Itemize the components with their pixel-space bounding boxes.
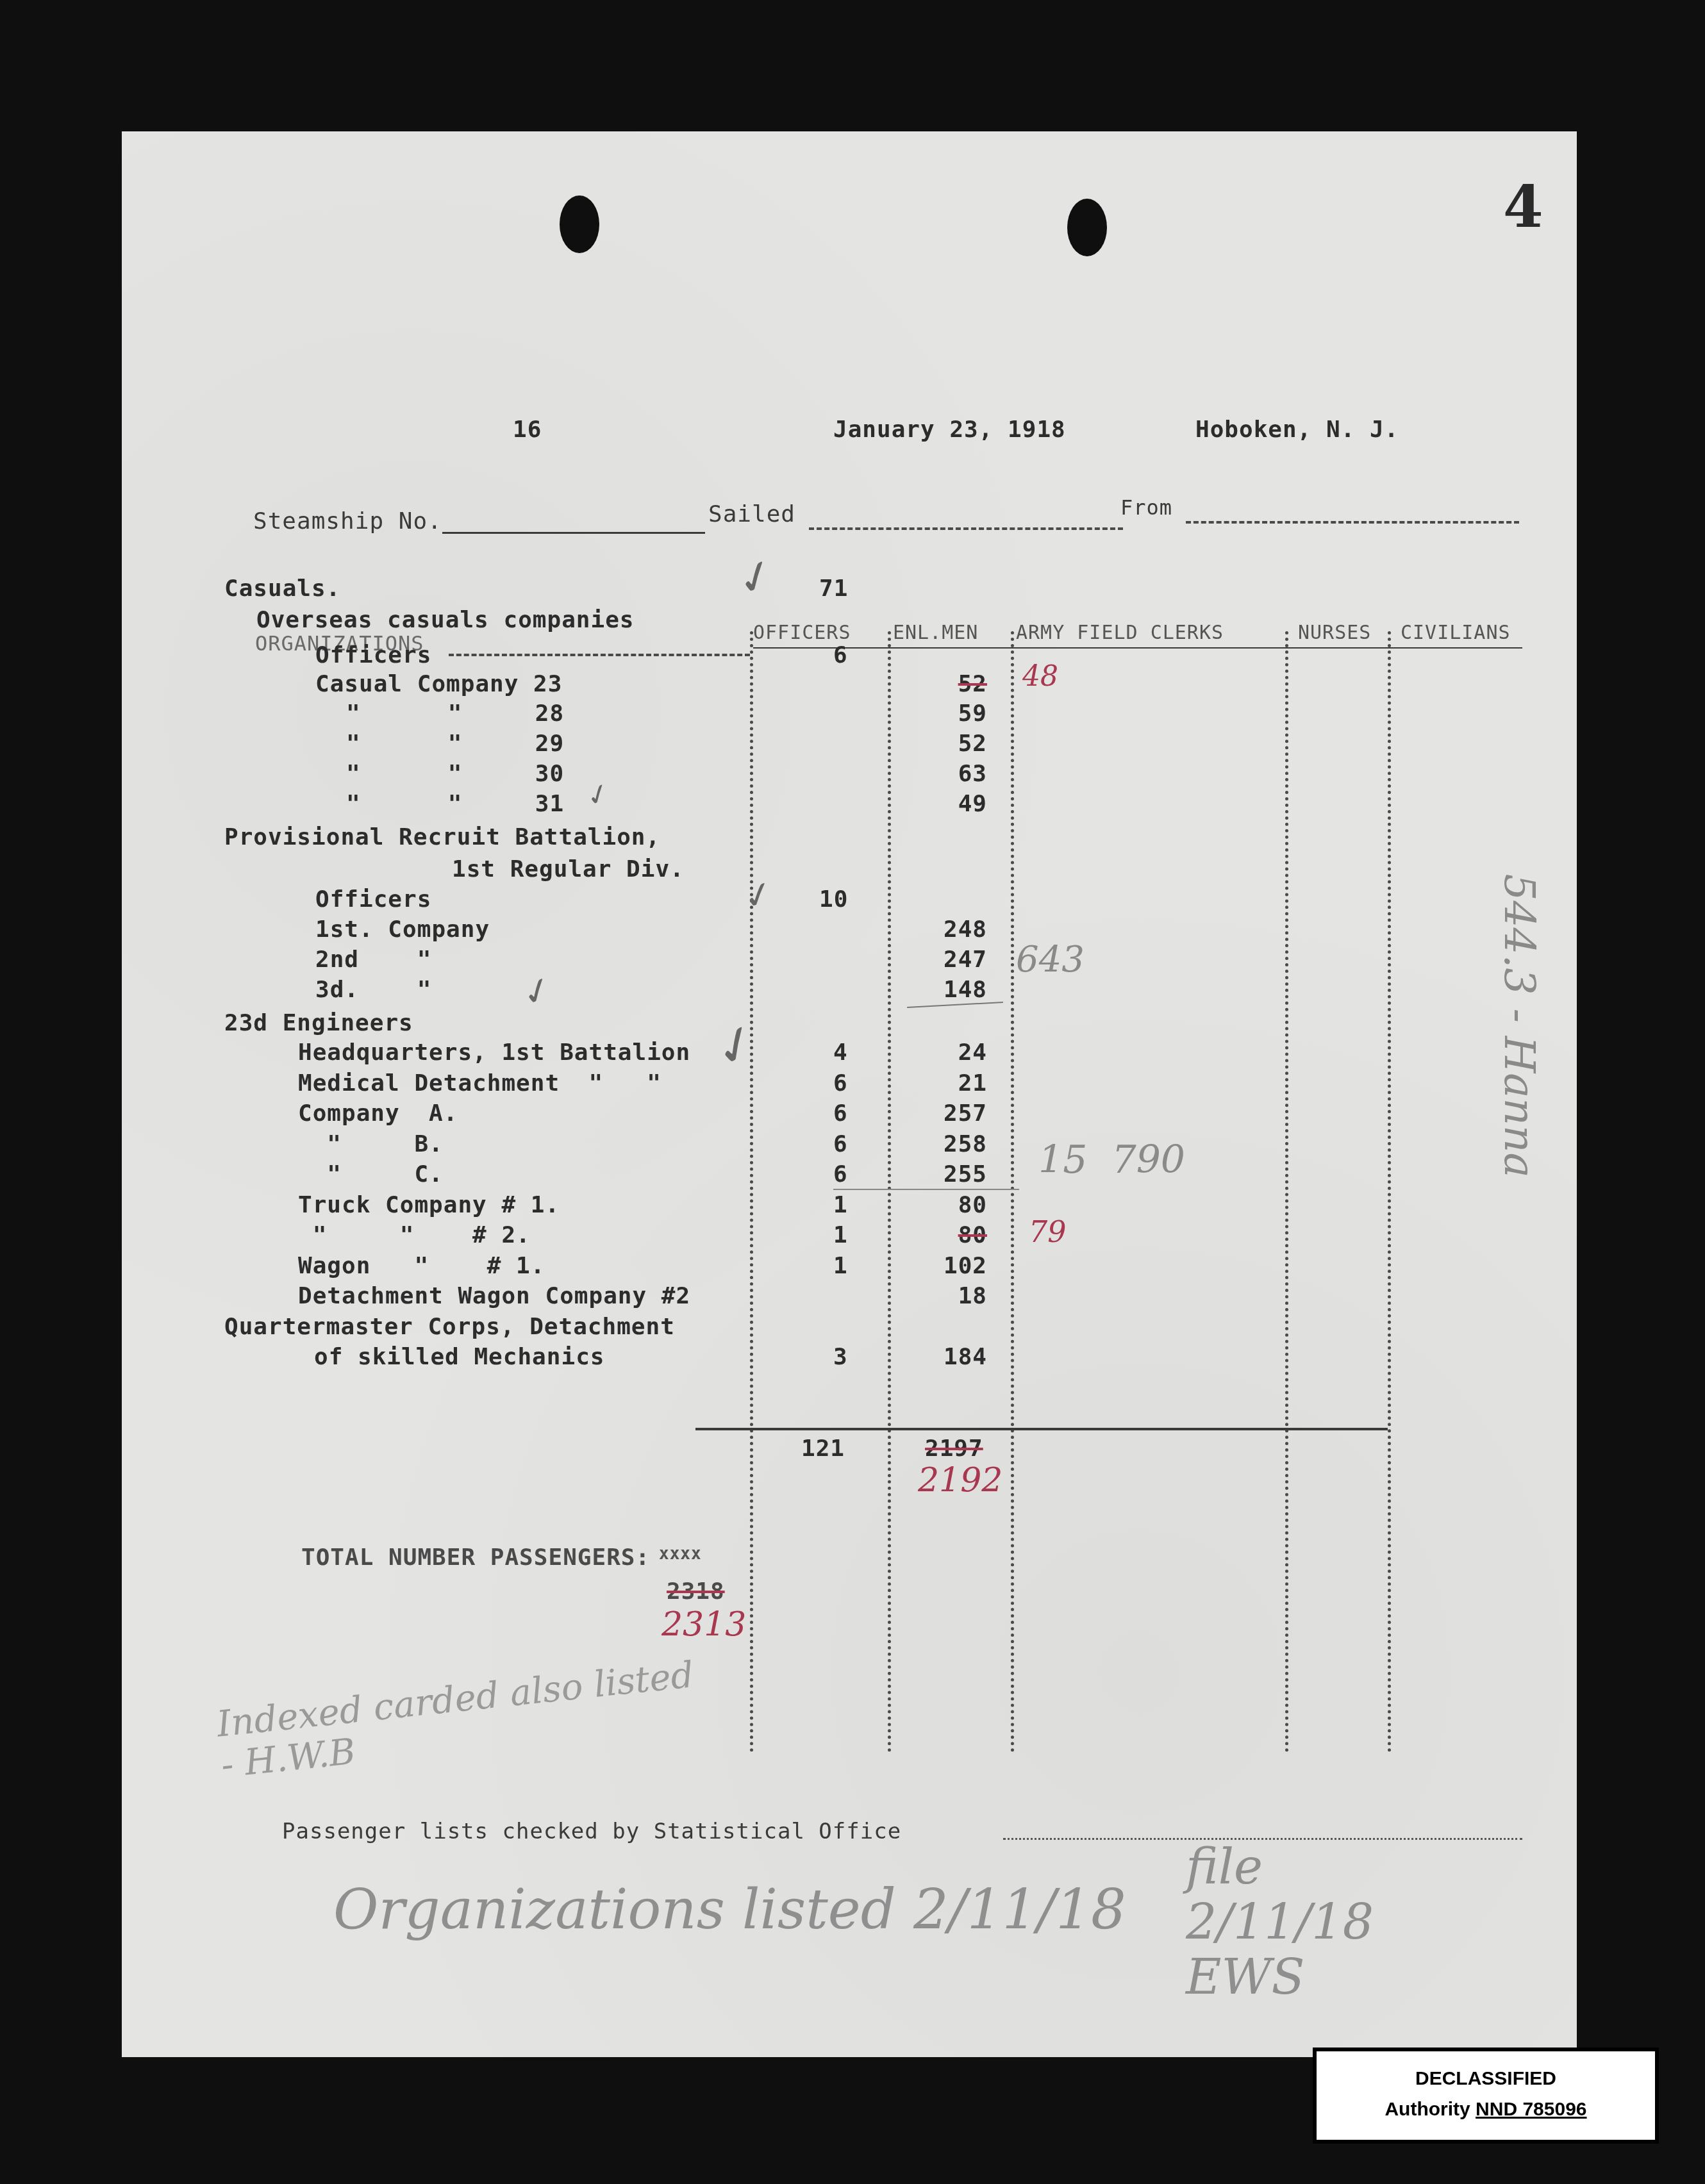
column-separator (1388, 631, 1391, 1753)
col-army-field-clerks: ARMY FIELD CLERKS (1016, 622, 1224, 644)
struck-x-marks: xxxx (659, 1544, 702, 1564)
enl-men-value: 63 (923, 761, 987, 787)
enl-men-value: 24 (923, 1039, 987, 1066)
total-passengers-corrected: 2313 (661, 1605, 746, 1644)
row-label: Casuals. (224, 575, 340, 602)
officers-value: 6 (833, 642, 848, 668)
checked-by-statistical-office: Passenger lists checked by Statistical O… (282, 1819, 901, 1844)
from-blank (1186, 521, 1519, 524)
row-label: Officers (315, 886, 431, 913)
row-label: Detachment Wagon Company #2 (298, 1283, 690, 1309)
row-label: " " 30 (346, 761, 564, 787)
pencil-underline (833, 1189, 1019, 1190)
struck-value: 2318 (667, 1578, 725, 1605)
corner-page-mark: 4 (1503, 173, 1543, 241)
col-enl-men: ENL.MEN (893, 622, 978, 644)
sailed-label: Sailed (708, 501, 795, 527)
row-label: of skilled Mechanics (314, 1344, 604, 1370)
enl-men-value: 247 (910, 947, 987, 973)
column-separator (888, 631, 891, 1753)
enl-men-value: 257 (910, 1100, 987, 1127)
row-label: Truck Company # 1. (298, 1192, 560, 1218)
enl-men-correction: 79 (1029, 1214, 1067, 1249)
enl-men-value: 184 (910, 1344, 987, 1370)
row-label: " C. (298, 1161, 444, 1187)
total-enl-men-typed: 2197 (925, 1435, 983, 1462)
row-label: Overseas casuals companies (256, 607, 635, 633)
header-dash (449, 654, 750, 656)
total-officers: 121 (801, 1435, 845, 1462)
header-underline (753, 647, 1522, 649)
row-label: " " 31 (346, 791, 564, 817)
enl-men-value: 258 (910, 1131, 987, 1157)
row-label: 3d. " (315, 977, 431, 1003)
col-civilians: CIVILIANS (1401, 622, 1511, 644)
stamp-title: DECLASSIFIED (1317, 2068, 1655, 2090)
officers-value: 4 (833, 1039, 848, 1066)
totals-rule (695, 1428, 1388, 1430)
row-label: Wagon " # 1. (298, 1253, 545, 1279)
row-label: " " 29 (346, 731, 564, 757)
row-label: 2nd " (315, 947, 431, 973)
row-label: Headquarters, 1st Battalion (298, 1039, 690, 1066)
enl-men-value: 49 (923, 791, 987, 817)
from-label: From (1120, 495, 1172, 520)
row-label: Officers (315, 642, 431, 668)
total-passengers-label: TOTAL NUMBER PASSENGERS: (301, 1544, 650, 1571)
total-enl-men-corrected: 2192 (918, 1461, 1002, 1500)
punch-hole (560, 195, 599, 253)
struck-value: 80 (958, 1222, 987, 1248)
officers-value: 6 (833, 1100, 848, 1127)
pencil-sum-15-790: 15 790 (1038, 1137, 1185, 1182)
document-location: Hoboken, N. J. (1195, 417, 1399, 443)
row-label: Medical Detachment " " (298, 1070, 661, 1096)
steamship-blank (442, 532, 705, 534)
row-label: " B. (298, 1131, 444, 1157)
enl-men-value: 102 (910, 1253, 987, 1279)
enl-men-value: 80 (923, 1192, 987, 1218)
pencil-organizations-listed: Organizations listed 2/11/18 (333, 1878, 1126, 1942)
officers-value: 1 (833, 1253, 848, 1279)
enl-men-value: 18 (923, 1283, 987, 1309)
column-separator (1285, 631, 1288, 1753)
enl-men-correction: 48 (1022, 660, 1058, 693)
sailed-blank (809, 527, 1123, 530)
enl-men-value-struck: 52 (923, 671, 987, 697)
column-separator (750, 631, 753, 1753)
row-label: Quartermaster Corps, Detachment (224, 1314, 675, 1340)
pencil-file-note: file 2/11/18 EWS (1186, 1839, 1391, 2005)
column-separator (1011, 631, 1014, 1753)
pencil-sum-643: 643 (1016, 939, 1085, 980)
row-label: Casual Company 23 (315, 671, 562, 697)
stamp-authority: Authority NND 785096 (1317, 2099, 1655, 2121)
declassified-stamp: DECLASSIFIED Authority NND 785096 (1313, 2047, 1659, 2144)
officers-value: 3 (833, 1344, 848, 1370)
row-label: Company A. (298, 1100, 458, 1127)
margin-file-note: 544.3 - Hanna (1495, 874, 1544, 1169)
officers-value: 6 (833, 1070, 848, 1096)
total-passengers-typed: 2318 (667, 1578, 725, 1605)
enl-men-value: 52 (923, 731, 987, 757)
stamp-authority-number: NND 785096 (1476, 2099, 1586, 2120)
officers-value: 10 (819, 886, 848, 913)
struck-value: 2197 (925, 1435, 983, 1462)
col-officers: OFFICERS (753, 622, 851, 644)
row-label: Provisional Recruit Battalion, (224, 824, 660, 850)
enl-men-value: 59 (923, 700, 987, 727)
enl-men-value: 148 (910, 977, 987, 1003)
officers-value: 71 (819, 575, 848, 602)
punch-hole (1067, 199, 1107, 256)
row-label: 1st Regular Div. (452, 856, 685, 882)
row-label: " " 28 (346, 700, 564, 727)
row-label: 23d Engineers (224, 1010, 413, 1036)
row-label: " " # 2. (298, 1222, 531, 1248)
col-nurses: NURSES (1298, 622, 1371, 644)
document-date: January 23, 1918 (833, 417, 1066, 443)
stamp-authority-label: Authority (1385, 2099, 1470, 2120)
struck-value: 52 (958, 671, 987, 697)
officers-value: 6 (833, 1161, 848, 1187)
officers-value: 1 (833, 1192, 848, 1218)
officers-value: 6 (833, 1131, 848, 1157)
enl-men-value: 21 (923, 1070, 987, 1096)
officers-value: 1 (833, 1222, 848, 1248)
enl-men-value: 248 (910, 916, 987, 943)
page-number: 16 (513, 417, 542, 443)
enl-men-value-struck: 80 (923, 1222, 987, 1248)
steamship-label: Steamship No. (253, 508, 442, 534)
enl-men-value: 255 (910, 1161, 987, 1187)
row-label: 1st. Company (315, 916, 490, 943)
